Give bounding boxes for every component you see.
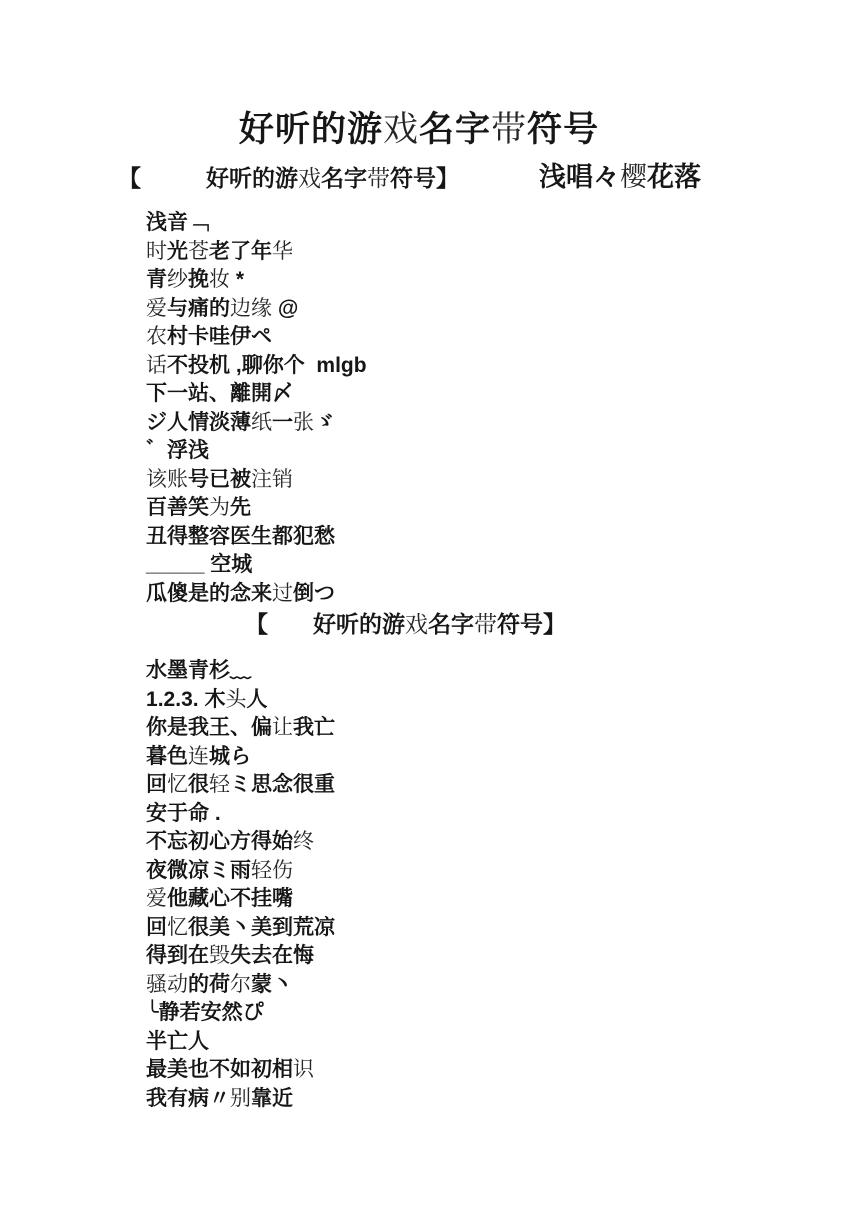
name-list-item: 下一站、離開〆 [146, 380, 860, 409]
document-page: 好听的游戏名字带符号 【 好听的游戏名字带符号】 浅唱々樱花落 浅音﹁时光苍老了… [0, 0, 860, 1218]
name-list-item: 半亡人 [146, 1028, 860, 1057]
name-list-item: 最美也不如初相识 [146, 1056, 860, 1085]
name-list-item: 百善笑为先 [146, 494, 860, 523]
name-list-item: 得到在毁失去在悔 [146, 942, 860, 971]
name-list-item: 回忆很美丶美到荒凉 [146, 914, 860, 943]
name-list-item: 青纱挽妆 * [146, 266, 860, 295]
name-list-item: 该账号已被注销 [146, 466, 860, 495]
name-list-item: 不忘初心方得始终 [146, 828, 860, 857]
name-list-section-1: 浅音﹁时光苍老了年华青纱挽妆 *爱与痛的边缘 @农村卡哇伊ペ话不投机 ,聊你个 … [146, 209, 860, 608]
subtitle-first-name: 浅唱々樱花落 [539, 162, 701, 192]
name-list-item: 瓜傻是的念来过倒つ [146, 580, 860, 609]
section-2-heading: 【 好听的游戏名字带符号】 [0, 608, 860, 641]
subtitle-row: 【 好听的游戏名字带符号】 浅唱々樱花落 [0, 162, 860, 193]
name-list-item: 暮色连城ら [146, 743, 860, 772]
name-list-item: 爱与痛的边缘 @ [146, 295, 860, 324]
name-list-item: ゛浮浅 [146, 437, 860, 466]
subtitle-open-bracket: 【 [118, 163, 141, 193]
name-list-item: 我有病〃别靠近 [146, 1085, 860, 1114]
name-list-item: 浅音﹁ [146, 209, 860, 238]
name-list-item: ジ人情淡薄纸一张ゞ [146, 409, 860, 438]
name-list-item: 骚动的荷尔蒙丶 [146, 971, 860, 1000]
name-list-item: 你是我王、偏让我亡 [146, 714, 860, 743]
name-list-item: 时光苍老了年华 [146, 238, 860, 267]
name-list-item: 水墨青杉﹏ [146, 657, 860, 686]
section-2-heading-text: 好听的游戏名字带符号】 [313, 608, 566, 641]
name-list-item: 夜微凉ミ雨轻伤 [146, 857, 860, 886]
section-2-open-bracket: 【 [245, 608, 268, 641]
name-list-item: 安于命 . [146, 800, 860, 829]
name-list-item: 农村卡哇伊ペ [146, 323, 860, 352]
name-list-item: 爱他藏心不挂嘴 [146, 885, 860, 914]
name-list-item: 1.2.3. 木头人 [146, 686, 860, 715]
name-list-item: _____ 空城 [146, 551, 860, 580]
name-list-section-2: 水墨青杉﹏1.2.3. 木头人你是我王、偏让我亡暮色连城ら回忆很轻ミ思念很重安于… [146, 657, 860, 1113]
name-list-item: 回忆很轻ミ思念很重 [146, 771, 860, 800]
name-list-item: ╰静若安然ぴ [146, 999, 860, 1028]
subtitle-heading: 好听的游戏名字带符号】 [206, 163, 459, 193]
name-list-item: 话不投机 ,聊你个 mlgb [146, 352, 860, 381]
page-title: 好听的游戏名字带符号 [0, 111, 860, 149]
name-list-item: 丑得整容医生都犯愁 [146, 523, 860, 552]
